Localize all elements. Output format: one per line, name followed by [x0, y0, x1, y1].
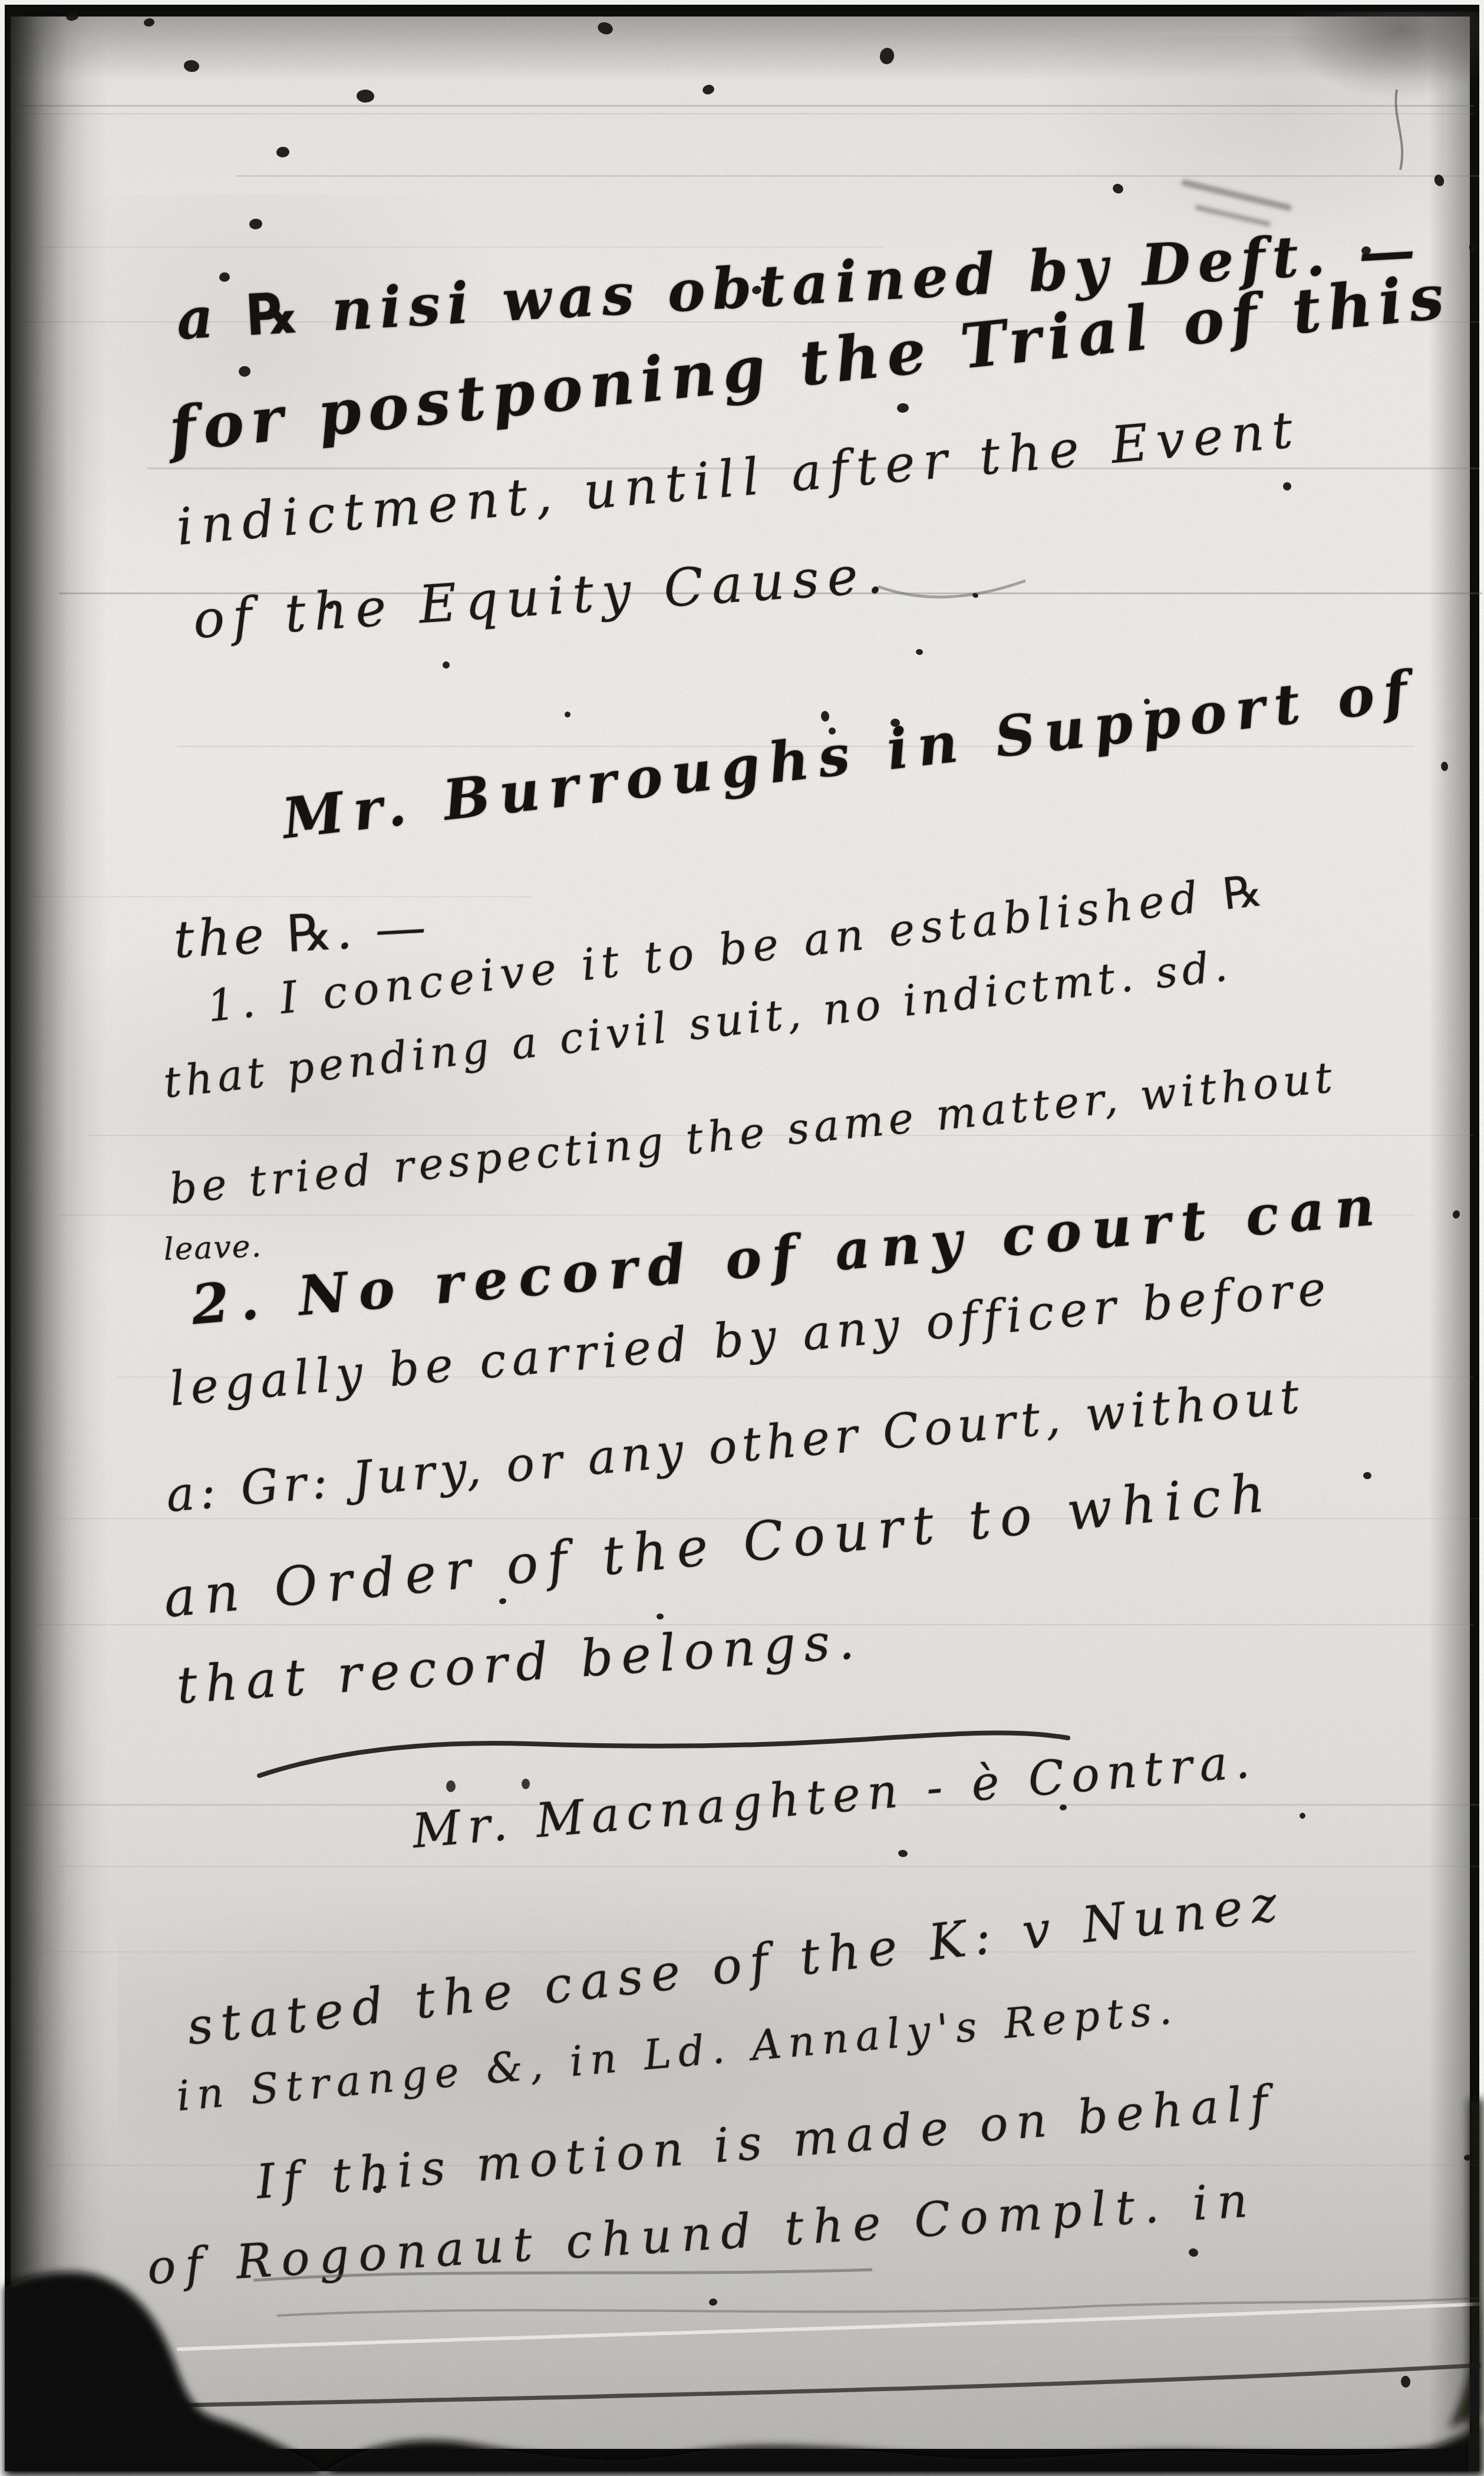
manuscript-marginal-note: leave.: [163, 1229, 263, 1267]
binding-shadow: [11, 17, 108, 2449]
scanned-manuscript-page: a ℞ nisi was obtained by Deft. — for pos…: [0, 0, 1484, 2476]
right-edge-shadow: [1429, 17, 1470, 2449]
